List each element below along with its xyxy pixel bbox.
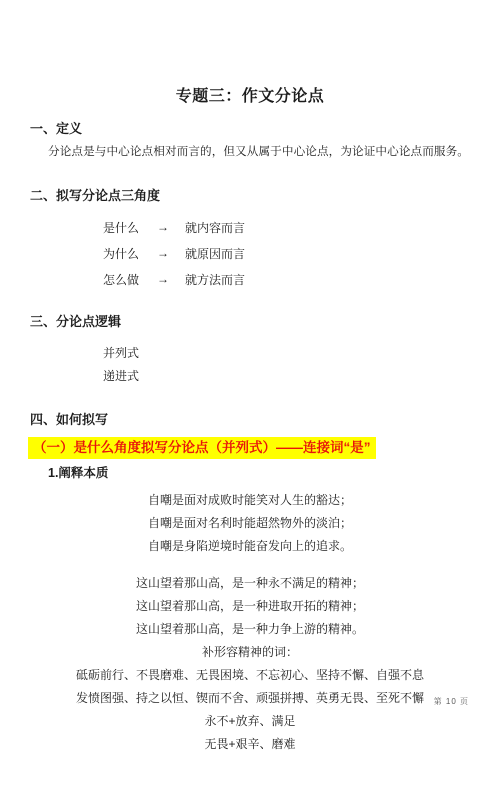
section-heading-logic: 三、分论点逻辑	[30, 313, 500, 330]
highlight-row: （一）是什么角度拟写分论点（并列式）——连接词“是”	[0, 428, 500, 459]
word-list-line: 砥砺前行、不畏磨难、无畏困境、不忘初心、坚持不懈、自强不息	[0, 664, 500, 687]
example-line: 自嘲是身陷逆境时能奋发向上的追求。	[0, 535, 500, 558]
section-heading-definition: 一、定义	[30, 120, 500, 137]
fill-words-label: 补形容精神的词：	[0, 641, 500, 664]
angle-question: 怎么做	[103, 271, 157, 288]
angle-question: 为什么	[103, 245, 157, 262]
angle-answer: 就原因而言	[185, 245, 245, 262]
highlighted-subsection-title: （一）是什么角度拟写分论点（并列式）——连接词“是”	[28, 437, 376, 459]
arrow-right-icon: →	[157, 246, 185, 260]
logic-items: 并列式 递进式	[0, 342, 500, 388]
example-block-mountain: 这山望着那山高，是一种永不满足的精神； 这山望着那山高，是一种进取开拓的精神； …	[0, 572, 500, 756]
definition-body-text: 分论点是与中心论点相对而言的，但又从属于中心论点，为论证中心论点而服务。	[48, 144, 500, 159]
example-line: 这山望着那山高，是一种永不满足的精神；	[0, 572, 500, 595]
arrow-right-icon: →	[157, 272, 185, 286]
angle-answer: 就方法而言	[185, 271, 245, 288]
example-block-self-mockery: 自嘲是面对成败时能笑对人生的豁达； 自嘲是面对名利时能超然物外的淡泊； 自嘲是身…	[0, 489, 500, 558]
logic-item-progressive: 递进式	[103, 365, 500, 388]
angle-answer: 就内容而言	[185, 219, 245, 236]
arrow-right-icon: →	[157, 220, 185, 234]
angle-question: 是什么	[103, 219, 157, 236]
example-line: 自嘲是面对成败时能笑对人生的豁达；	[0, 489, 500, 512]
word-list-line: 发愤图强、持之以恒、锲而不舍、顽强拼搏、英勇无畏、至死不懈	[0, 687, 500, 710]
angle-row: 是什么 → 就内容而言	[103, 214, 500, 240]
section-heading-three-angles: 二、拟写分论点三角度	[30, 187, 500, 204]
subsection-heading-explain-essence: 1.阐释本质	[48, 465, 500, 481]
word-list-line: 永不+放弃、满足	[0, 710, 500, 733]
document-page: 专题三：作文分论点 一、定义 分论点是与中心论点相对而言的，但又从属于中心论点，…	[0, 0, 500, 786]
angle-row: 怎么做 → 就方法而言	[103, 266, 500, 292]
example-line: 自嘲是面对名利时能超然物外的淡泊；	[0, 512, 500, 535]
word-list-line: 无畏+艰辛、磨难	[0, 733, 500, 756]
page-title: 专题三：作文分论点	[0, 0, 500, 107]
angle-row: 为什么 → 就原因而言	[103, 240, 500, 266]
example-line: 这山望着那山高，是一种进取开拓的精神；	[0, 595, 500, 618]
section-heading-how-to-write: 四、如何拟写	[30, 411, 500, 428]
page-number: 第 10 页	[434, 696, 469, 707]
example-line: 这山望着那山高，是一种力争上游的精神。	[0, 618, 500, 641]
logic-item-parallel: 并列式	[103, 342, 500, 365]
angle-rows: 是什么 → 就内容而言 为什么 → 就原因而言 怎么做 → 就方法而言	[0, 214, 500, 292]
